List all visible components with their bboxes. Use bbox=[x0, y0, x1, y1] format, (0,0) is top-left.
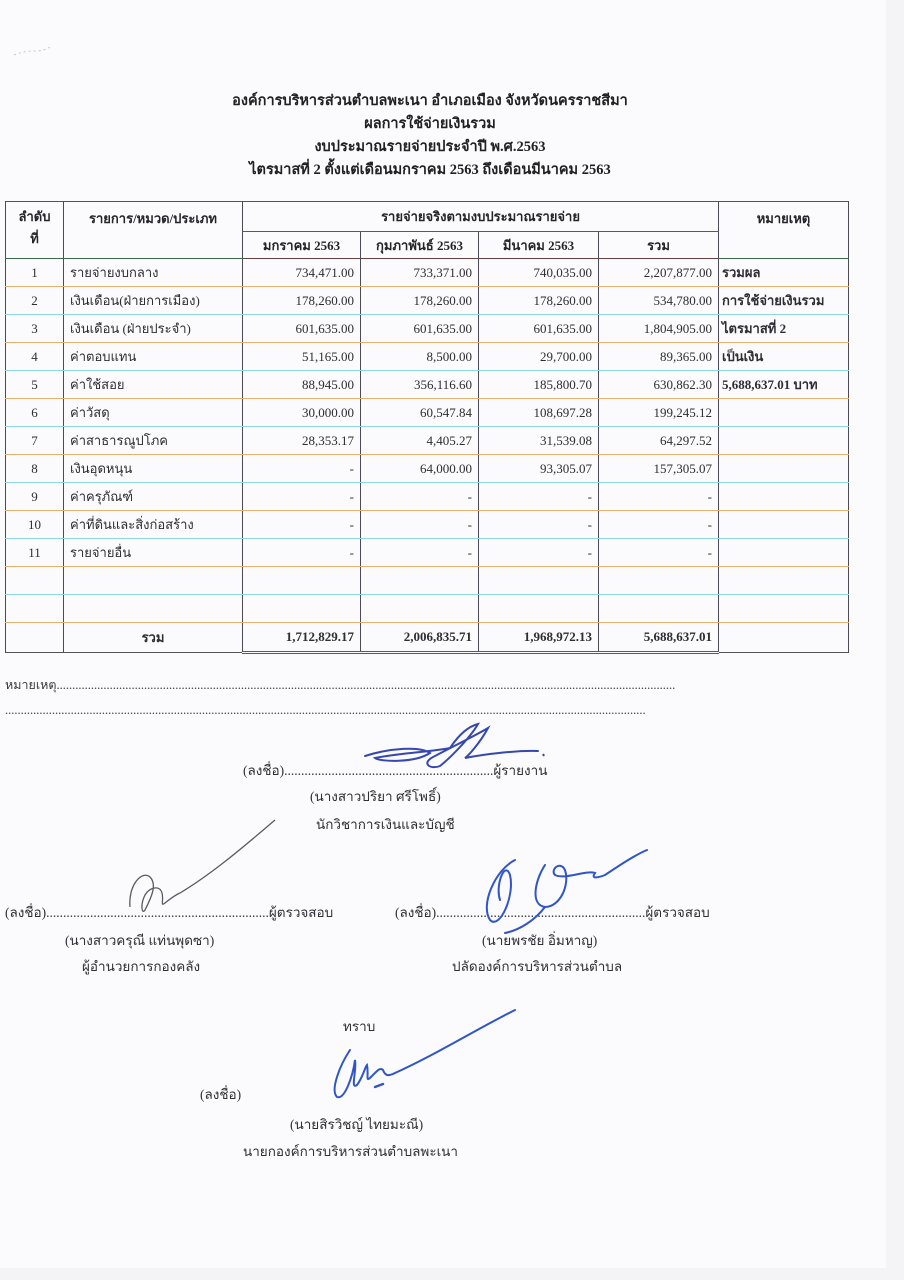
remark-dots: ........................................… bbox=[56, 678, 675, 692]
checker-right-sign-line: (ลงชื่อ)................................… bbox=[395, 905, 645, 920]
table-row: 5ค่าใช้สอย88,945.00356,116.60185,800.706… bbox=[6, 371, 849, 399]
checker-left-signature-block: (ลงชื่อ)................................… bbox=[5, 900, 333, 926]
table-row: 11รายจ่ายอื่น---- bbox=[6, 539, 849, 567]
total-row-label: รวม bbox=[64, 623, 243, 653]
remark-line-1: หมายเหตุ................................… bbox=[5, 675, 750, 695]
report-header: องค์การบริหารส่วนตำบลพะเนา อำเภอเมือง จั… bbox=[0, 90, 860, 182]
row-jan-amount: 178,260.00 bbox=[243, 287, 361, 315]
table-row: 1รายจ่ายงบกลาง734,471.00733,371.00740,03… bbox=[6, 259, 849, 287]
row-feb-amount: 8,500.00 bbox=[361, 343, 479, 371]
reporter-name: (นางสาวปริยา ศรีโพธิ์) bbox=[310, 785, 441, 807]
total-mar-amount: 1,968,972.13 bbox=[479, 623, 599, 653]
row-feb-amount: 60,547.84 bbox=[361, 399, 479, 427]
item-header-text: รายการ/หมวด/ประเภท bbox=[89, 211, 217, 226]
table-body: 1รายจ่ายงบกลาง734,471.00733,371.00740,03… bbox=[6, 259, 849, 653]
row-number: 6 bbox=[6, 399, 64, 427]
column-header-jan: มกราคม 2563 bbox=[243, 232, 361, 259]
row-total-amount: 157,305.07 bbox=[599, 455, 719, 483]
row-total-amount bbox=[599, 595, 719, 623]
row-note bbox=[719, 539, 849, 567]
row-item-name: รายจ่ายงบกลาง bbox=[64, 259, 243, 287]
row-mar-amount: 93,305.07 bbox=[479, 455, 599, 483]
row-feb-amount: 4,405.27 bbox=[361, 427, 479, 455]
remark-label: หมายเหตุ bbox=[5, 678, 56, 692]
row-item-name: รายจ่ายอื่น bbox=[64, 539, 243, 567]
row-jan-amount: 601,635.00 bbox=[243, 315, 361, 343]
row-item-name bbox=[64, 595, 243, 623]
table-row: 7ค่าสาธารณูปโภค28,353.174,405.2731,539.0… bbox=[6, 427, 849, 455]
row-number: 4 bbox=[6, 343, 64, 371]
row-number: 3 bbox=[6, 315, 64, 343]
row-note bbox=[719, 511, 849, 539]
row-total-amount: 199,245.12 bbox=[599, 399, 719, 427]
column-header-no: ลำดับ ที่ bbox=[6, 202, 64, 259]
period-title: ไตรมาสที่ 2 ตั้งแต่เดือนมกราคม 2563 ถึงเ… bbox=[0, 159, 860, 182]
row-total-amount: - bbox=[599, 511, 719, 539]
row-number: 1 bbox=[6, 259, 64, 287]
row-total-amount: 630,862.30 bbox=[599, 371, 719, 399]
row-number bbox=[6, 567, 64, 595]
row-jan-amount: 51,165.00 bbox=[243, 343, 361, 371]
checker-right-signature-block: (ลงชื่อ)................................… bbox=[395, 900, 710, 926]
column-header-feb: กุมภาพันธ์ 2563 bbox=[361, 232, 479, 259]
row-number: 9 bbox=[6, 483, 64, 511]
row-feb-amount: - bbox=[361, 483, 479, 511]
column-header-actual-expense: รายจ่ายจริงตามงบประมาณรายจ่าย bbox=[243, 202, 719, 232]
row-number: 11 bbox=[6, 539, 64, 567]
acknowledge-label: ทราบ bbox=[343, 1015, 375, 1037]
total-row: รวม1,712,829.172,006,835.711,968,972.135… bbox=[6, 623, 849, 653]
row-number: 5 bbox=[6, 371, 64, 399]
document-page: องค์การบริหารส่วนตำบลพะเนา อำเภอเมือง จั… bbox=[0, 0, 886, 1268]
row-mar-amount: 178,260.00 bbox=[479, 287, 599, 315]
reporter-sign-line: (ลงชื่อ)................................… bbox=[243, 763, 493, 778]
row-number: 7 bbox=[6, 427, 64, 455]
row-feb-amount: 64,000.00 bbox=[361, 455, 479, 483]
row-item-name: ค่าสาธารณูปโภค bbox=[64, 427, 243, 455]
checker-left-role: ผู้ตรวจสอบ bbox=[269, 905, 333, 920]
row-note bbox=[719, 455, 849, 483]
row-total-amount bbox=[599, 567, 719, 595]
row-jan-amount: - bbox=[243, 539, 361, 567]
checker-left-name: (นางสาวครุณี แท่นพุดซา) bbox=[65, 929, 214, 951]
row-feb-amount bbox=[361, 567, 479, 595]
row-jan-amount bbox=[243, 595, 361, 623]
row-total-amount: 64,297.52 bbox=[599, 427, 719, 455]
row-feb-amount: 733,371.00 bbox=[361, 259, 479, 287]
row-total-amount: - bbox=[599, 539, 719, 567]
table-row: 3เงินเดือน (ฝ่ายประจำ)601,635.00601,635.… bbox=[6, 315, 849, 343]
row-jan-amount: 28,353.17 bbox=[243, 427, 361, 455]
row-item-name: ค่าที่ดินและสิ่งก่อสร้าง bbox=[64, 511, 243, 539]
smudge-mark bbox=[12, 42, 52, 54]
row-mar-amount: 29,700.00 bbox=[479, 343, 599, 371]
row-number: 8 bbox=[6, 455, 64, 483]
note-header-text: หมายเหตุ bbox=[757, 211, 811, 226]
checker-left-position: ผู้อำนวยการกองคลัง bbox=[82, 955, 200, 977]
row-feb-amount: - bbox=[361, 511, 479, 539]
row-note: รวมผล bbox=[719, 259, 849, 287]
row-feb-amount: 601,635.00 bbox=[361, 315, 479, 343]
approver-position: นายกองค์การบริหารส่วนตำบลพะเนา bbox=[243, 1140, 458, 1162]
table-row bbox=[6, 595, 849, 623]
row-note bbox=[719, 399, 849, 427]
row-item-name bbox=[64, 567, 243, 595]
reporter-role: ผู้รายงาน bbox=[493, 763, 547, 778]
row-mar-amount: - bbox=[479, 483, 599, 511]
row-mar-amount: 185,800.70 bbox=[479, 371, 599, 399]
report-title: ผลการใช้จ่ายเงินรวม bbox=[0, 113, 860, 136]
row-item-name: ค่าตอบแทน bbox=[64, 343, 243, 371]
row-jan-amount: - bbox=[243, 511, 361, 539]
column-header-total: รวม bbox=[599, 232, 719, 259]
row-mar-amount: 31,539.08 bbox=[479, 427, 599, 455]
no-header-line1: ลำดับ bbox=[12, 206, 57, 228]
row-number: 2 bbox=[6, 287, 64, 315]
row-mar-amount: 740,035.00 bbox=[479, 259, 599, 287]
row-note: 5,688,637.01 บาท bbox=[719, 371, 849, 399]
table-row: 2เงินเดือน(ฝ่ายการเมือง)178,260.00178,26… bbox=[6, 287, 849, 315]
row-mar-amount: 601,635.00 bbox=[479, 315, 599, 343]
row-jan-amount: 734,471.00 bbox=[243, 259, 361, 287]
column-header-item: รายการ/หมวด/ประเภท bbox=[64, 202, 243, 259]
table-row: 10ค่าที่ดินและสิ่งก่อสร้าง---- bbox=[6, 511, 849, 539]
row-mar-amount bbox=[479, 567, 599, 595]
reporter-position: นักวิชาการเงินและบัญชี bbox=[316, 813, 455, 835]
row-feb-amount bbox=[361, 595, 479, 623]
row-feb-amount: 178,260.00 bbox=[361, 287, 479, 315]
row-feb-amount: 356,116.60 bbox=[361, 371, 479, 399]
row-number bbox=[6, 595, 64, 623]
row-note: การใช้จ่ายเงินรวม bbox=[719, 287, 849, 315]
row-note: เป็นเงิน bbox=[719, 343, 849, 371]
row-item-name: เงินอุดหนุน bbox=[64, 455, 243, 483]
total-row-note-cell bbox=[719, 623, 849, 653]
row-item-name: ค่าวัสดุ bbox=[64, 399, 243, 427]
checker-right-position: ปลัดองค์การบริหารส่วนตำบล bbox=[452, 955, 622, 977]
remark-dots: ........................................… bbox=[5, 703, 646, 717]
total-row-no-cell bbox=[6, 623, 64, 653]
row-mar-amount: - bbox=[479, 511, 599, 539]
organization-title: องค์การบริหารส่วนตำบลพะเนา อำเภอเมือง จั… bbox=[0, 90, 860, 113]
budget-year-title: งบประมาณรายจ่ายประจำปี พ.ศ.2563 bbox=[0, 136, 860, 159]
checker-right-name: (นายพรชัย อิ่มหาญ) bbox=[482, 929, 597, 951]
row-item-name: เงินเดือน (ฝ่ายประจำ) bbox=[64, 315, 243, 343]
checker-left-sign-line: (ลงชื่อ)................................… bbox=[5, 905, 269, 920]
row-note: ไตรมาสที่ 2 bbox=[719, 315, 849, 343]
checker-right-role: ผู้ตรวจสอบ bbox=[645, 905, 709, 920]
total-jan-amount: 1,712,829.17 bbox=[243, 623, 361, 653]
row-jan-amount bbox=[243, 567, 361, 595]
total-feb-amount: 2,006,835.71 bbox=[361, 623, 479, 653]
row-note bbox=[719, 567, 849, 595]
column-header-mar: มีนาคม 2563 bbox=[479, 232, 599, 259]
remark-line-2: ........................................… bbox=[5, 703, 750, 718]
row-total-amount: 89,365.00 bbox=[599, 343, 719, 371]
expense-table: ลำดับ ที่ รายการ/หมวด/ประเภท รายจ่ายจริง… bbox=[5, 201, 849, 654]
reporter-signature-block: (ลงชื่อ)................................… bbox=[243, 758, 547, 784]
row-feb-amount: - bbox=[361, 539, 479, 567]
row-total-amount: 1,804,905.00 bbox=[599, 315, 719, 343]
row-note bbox=[719, 595, 849, 623]
row-item-name: เงินเดือน(ฝ่ายการเมือง) bbox=[64, 287, 243, 315]
row-note bbox=[719, 483, 849, 511]
row-jan-amount: - bbox=[243, 455, 361, 483]
row-mar-amount: - bbox=[479, 539, 599, 567]
table-row: 8เงินอุดหนุน-64,000.0093,305.07157,305.0… bbox=[6, 455, 849, 483]
approver-sign-line: (ลงชื่อ) bbox=[200, 1083, 241, 1105]
row-number: 10 bbox=[6, 511, 64, 539]
total-grand-amount: 5,688,637.01 bbox=[599, 623, 719, 653]
row-item-name: ค่าใช้สอย bbox=[64, 371, 243, 399]
row-mar-amount bbox=[479, 595, 599, 623]
row-jan-amount: - bbox=[243, 483, 361, 511]
row-jan-amount: 88,945.00 bbox=[243, 371, 361, 399]
table-row: 6ค่าวัสดุ30,000.0060,547.84108,697.28199… bbox=[6, 399, 849, 427]
row-note bbox=[719, 427, 849, 455]
row-item-name: ค่าครุภัณฑ์ bbox=[64, 483, 243, 511]
row-total-amount: 2,207,877.00 bbox=[599, 259, 719, 287]
row-jan-amount: 30,000.00 bbox=[243, 399, 361, 427]
row-mar-amount: 108,697.28 bbox=[479, 399, 599, 427]
table-row bbox=[6, 567, 849, 595]
column-header-note: หมายเหตุ bbox=[719, 202, 849, 259]
row-total-amount: 534,780.00 bbox=[599, 287, 719, 315]
row-total-amount: - bbox=[599, 483, 719, 511]
table-row: 9ค่าครุภัณฑ์---- bbox=[6, 483, 849, 511]
no-header-line2: ที่ bbox=[12, 228, 57, 250]
approver-name: (นายสิรวิชญ์ ไทยมะณี) bbox=[290, 1113, 423, 1135]
table-row: 4ค่าตอบแทน51,165.008,500.0029,700.0089,3… bbox=[6, 343, 849, 371]
